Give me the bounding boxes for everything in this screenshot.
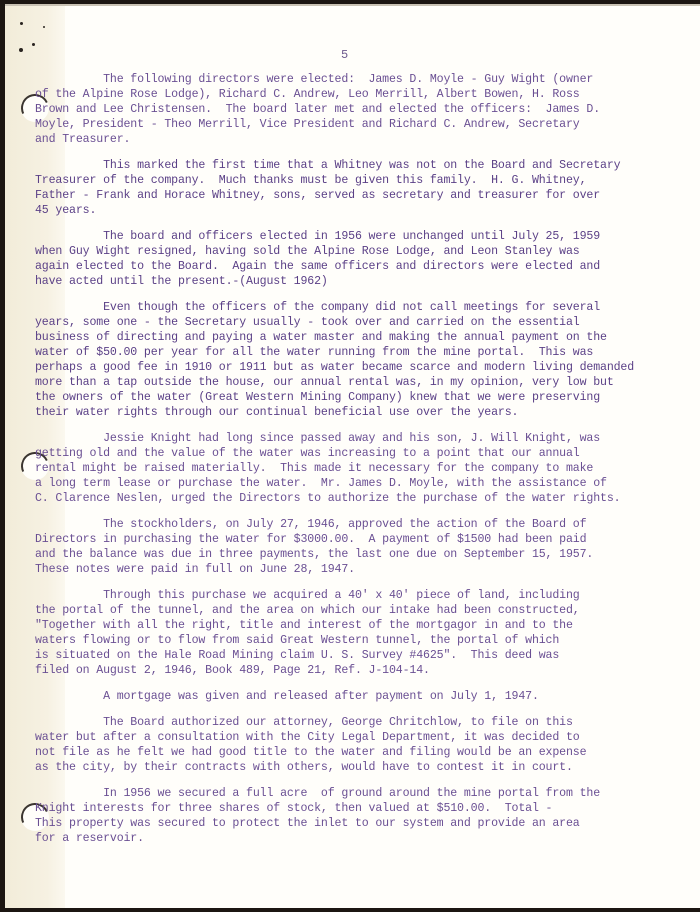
text-line: of the Alpine Rose Lodge), Richard C. An… (35, 88, 580, 102)
text-line: This property was secured to protect the… (35, 817, 580, 831)
text-line: not file as he felt we had good title to… (35, 746, 586, 760)
page-number: 5 (341, 48, 348, 62)
text-line: Father - Frank and Horace Whitney, sons,… (35, 189, 600, 203)
document-page: 5 The following directors were elected: … (5, 4, 700, 908)
text-line: again elected to the Board. Again the sa… (35, 260, 600, 274)
text-line: the portal of the tunnel, and the area o… (35, 604, 580, 618)
text-line: more than a tap outside the house, our a… (35, 376, 614, 390)
text-line: water but after a consultation with the … (35, 731, 580, 745)
text-line: Treasurer of the company. Much thanks mu… (35, 174, 586, 188)
ink-speck (43, 26, 45, 28)
text-line: business of directing and paying a water… (35, 331, 607, 345)
text-line: In 1956 we secured a full acre of ground… (35, 787, 600, 801)
text-line: 45 years. (35, 204, 96, 218)
text-line: for a reservoir. (35, 832, 144, 846)
text-line: "Together with all the right, title and … (35, 619, 573, 633)
text-line: The stockholders, on July 27, 1946, appr… (35, 518, 586, 532)
text-line: Knight interests for three shares of sto… (35, 802, 552, 816)
text-line: their water rights through our continual… (35, 406, 518, 420)
text-line: when Guy Wight resigned, having sold the… (35, 245, 580, 259)
text-line: is situated on the Hale Road Mining clai… (35, 649, 559, 663)
text-line: getting old and the value of the water w… (35, 447, 580, 461)
text-line: and Treasurer. (35, 133, 130, 147)
text-line: have acted until the present.-(August 19… (35, 275, 328, 289)
text-line: C. Clarence Neslen, urged the Directors … (35, 492, 620, 506)
top-edge-line (5, 4, 700, 6)
text-line: perhaps a good fee in 1910 or 1911 but a… (35, 361, 634, 375)
text-line: Even though the officers of the company … (35, 301, 600, 315)
text-line: as the city, by their contracts with oth… (35, 761, 573, 775)
text-line: These notes were paid in full on June 28… (35, 563, 355, 577)
text-line: Through this purchase we acquired a 40' … (35, 589, 580, 603)
text-line: A mortgage was given and released after … (35, 690, 539, 704)
text-line: and the balance was due in three payment… (35, 548, 593, 562)
text-line: water of $50.00 per year for all the wat… (35, 346, 593, 360)
text-line: years, some one - the Secretary usually … (35, 316, 580, 330)
ink-speck (20, 22, 23, 25)
text-line: rental might be raised materially. This … (35, 462, 593, 476)
text-line: Brown and Lee Christensen. The board lat… (35, 103, 600, 117)
text-line: a long term lease or purchase the water.… (35, 477, 607, 491)
text-line: The following directors were elected: Ja… (35, 73, 593, 87)
text-line: Moyle, President - Theo Merrill, Vice Pr… (35, 118, 580, 132)
text-line: The Board authorized our attorney, Georg… (35, 716, 573, 730)
text-line: Jessie Knight had long since passed away… (35, 432, 600, 446)
text-line: the owners of the water (Great Western M… (35, 391, 600, 405)
text-line: The board and officers elected in 1956 w… (35, 230, 600, 244)
text-line: waters flowing or to flow from said Grea… (35, 634, 559, 648)
ink-speck (32, 43, 35, 46)
text-line: Directors in purchasing the water for $3… (35, 533, 586, 547)
text-line: filed on August 2, 1946, Book 489, Page … (35, 664, 430, 678)
ink-speck (19, 48, 23, 52)
text-line: This marked the first time that a Whitne… (35, 159, 620, 173)
